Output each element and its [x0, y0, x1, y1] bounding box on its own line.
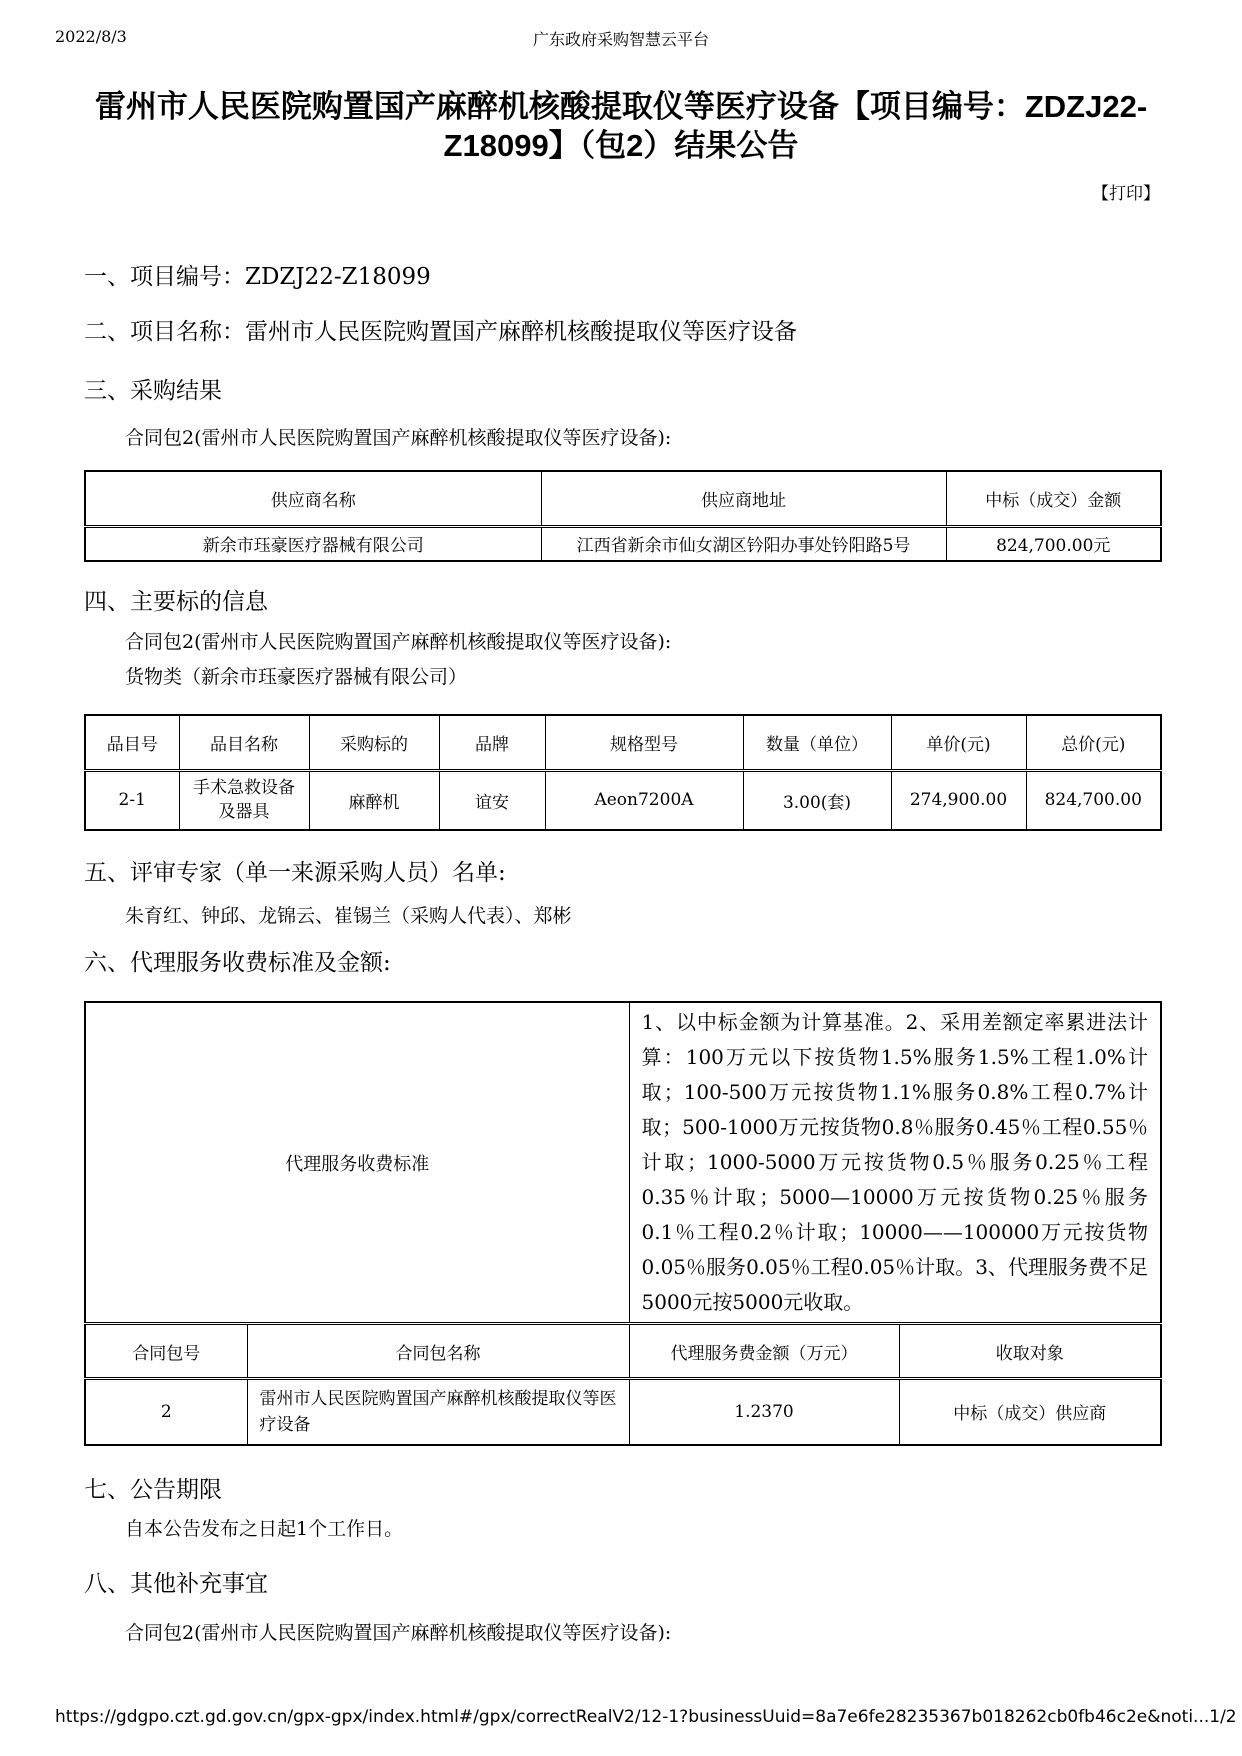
items-table-header-row: 品目号 品目名称 采购标的 品牌 规格型号 数量（单位） 单价(元) 总价(元): [85, 715, 1161, 770]
model-header: 规格型号: [545, 715, 743, 770]
footer-url: https://gdgpo.czt.gd.gov.cn/gpx-gpx/inde…: [55, 1707, 1209, 1727]
supplier-address-cell: 江西省新余市仙女湖区钤阳办事处钤阳路5号: [541, 526, 946, 561]
section-5-heading: 五、评审专家（单一来源采购人员）名单:: [84, 859, 1242, 887]
page-number: 1/2: [1209, 1707, 1236, 1727]
contract-package-intro-3: 合同包2(雷州市人民医院购置国产麻醉机核酸提取仪等医疗设备):: [125, 426, 1242, 450]
page: { "colors": { "text": "#000000", "border…: [0, 0, 1242, 1756]
contract-package-intro-4: 合同包2(雷州市人民医院购置国产麻醉机核酸提取仪等医疗设备):: [125, 630, 1242, 654]
section-7-heading: 七、公告期限: [84, 1476, 1242, 1504]
supplier-name-cell: 新余市珏豪医疗器械有限公司: [85, 526, 541, 561]
quantity-cell: 3.00(套): [743, 770, 891, 830]
fee-payer-header: 收取对象: [899, 1324, 1161, 1379]
print-button[interactable]: 【打印】: [1092, 184, 1160, 204]
item-name-cell: 手术急救设备及器具: [179, 770, 309, 830]
supplier-name-header: 供应商名称: [85, 471, 541, 526]
unit-price-cell: 274,900.00: [891, 770, 1026, 830]
procurement-target-cell: 麻醉机: [309, 770, 439, 830]
award-amount-cell: 824,700.00元: [946, 526, 1161, 561]
model-cell: Aeon7200A: [545, 770, 743, 830]
section-2-heading: 二、项目名称：雷州市人民医院购置国产麻醉机核酸提取仪等医疗设备: [84, 318, 1242, 346]
unit-price-header: 单价(元): [891, 715, 1026, 770]
fee-table: 代理服务收费标准 1、以中标金额为计算基准。2、采用差额定率累进法计算：100万…: [84, 1001, 1162, 1446]
fee-table-row: 2 雷州市人民医院购置国产麻醉机核酸提取仪等医疗设备 1.2370 中标（成交）…: [85, 1379, 1161, 1445]
contract-package-intro-8: 合同包2(雷州市人民医院购置国产麻醉机核酸提取仪等医疗设备):: [125, 1621, 1242, 1645]
brand-cell: 谊安: [439, 770, 545, 830]
items-table: 品目号 品目名称 采购标的 品牌 规格型号 数量（单位） 单价(元) 总价(元)…: [84, 714, 1162, 831]
fee-standard-label-cell: 代理服务收费标准: [85, 1002, 629, 1324]
site-title: 广东政府采购智慧云平台: [0, 27, 1242, 50]
procurement-target-header: 采购标的: [309, 715, 439, 770]
package-name-header: 合同包名称: [247, 1324, 629, 1379]
page-title: 雷州市人民医院购置国产麻醉机核酸提取仪等医疗设备【项目编号：ZDZJ22-Z18…: [83, 87, 1159, 165]
quantity-header: 数量（单位）: [743, 715, 891, 770]
package-name-cell: 雷州市人民医院购置国产麻醉机核酸提取仪等医疗设备: [247, 1379, 629, 1445]
expert-names: 朱育红、钟邱、龙锦云、崔锡兰（采购人代表）、郑彬: [125, 904, 1242, 928]
award-amount-header: 中标（成交）金额: [946, 471, 1161, 526]
brand-header: 品牌: [439, 715, 545, 770]
package-no-header: 合同包号: [85, 1324, 247, 1379]
fee-standard-row: 代理服务收费标准 1、以中标金额为计算基准。2、采用差额定率累进法计算：100万…: [85, 1002, 1161, 1324]
section-8-heading: 八、其他补充事宜: [84, 1570, 1242, 1598]
section-6-heading: 六、代理服务收费标准及金额:: [84, 949, 1242, 977]
item-name-header: 品目名称: [179, 715, 309, 770]
print-row: 【打印】: [82, 183, 1160, 205]
section-3-heading: 三、采购结果: [84, 377, 1242, 405]
supplier-table-header-row: 供应商名称 供应商地址 中标（成交）金额: [85, 471, 1161, 526]
items-table-row: 2-1 手术急救设备及器具 麻醉机 谊安 Aeon7200A 3.00(套) 2…: [85, 770, 1161, 830]
item-no-header: 品目号: [85, 715, 179, 770]
supplier-table: 供应商名称 供应商地址 中标（成交）金额 新余市珏豪医疗器械有限公司 江西省新余…: [84, 470, 1162, 562]
item-no-cell: 2-1: [85, 770, 179, 830]
package-no-cell: 2: [85, 1379, 247, 1445]
print-header-bar: 2022/8/3 广东政府采购智慧云平台: [0, 27, 1242, 49]
supplier-table-row: 新余市珏豪医疗器械有限公司 江西省新余市仙女湖区钤阳办事处钤阳路5号 824,7…: [85, 526, 1161, 561]
goods-category-line: 货物类（新余市珏豪医疗器械有限公司）: [125, 665, 1242, 689]
print-footer: https://gdgpo.czt.gd.gov.cn/gpx-gpx/inde…: [55, 1707, 1185, 1727]
fee-amount-cell: 1.2370: [629, 1379, 899, 1445]
section-4-heading: 四、主要标的信息: [84, 588, 1242, 616]
fee-amount-header: 代理服务费金额（万元）: [629, 1324, 899, 1379]
total-price-cell: 824,700.00: [1026, 770, 1161, 830]
fee-table-header-row: 合同包号 合同包名称 代理服务费金额（万元） 收取对象: [85, 1324, 1161, 1379]
announcement-period-text: 自本公告发布之日起1个工作日。: [125, 1517, 1242, 1541]
supplier-address-header: 供应商地址: [541, 471, 946, 526]
fee-standard-text-cell: 1、以中标金额为计算基准。2、采用差额定率累进法计算：100万元以下按货物1.5…: [629, 1002, 1161, 1324]
fee-payer-cell: 中标（成交）供应商: [899, 1379, 1161, 1445]
section-1-heading: 一、项目编号：ZDZJ22-Z18099: [84, 263, 1242, 291]
total-price-header: 总价(元): [1026, 715, 1161, 770]
